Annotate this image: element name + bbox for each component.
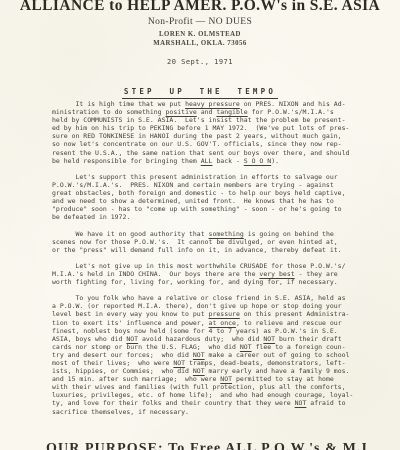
underlined-text: NOT (295, 399, 307, 407)
text-segment: , to relieve and rescue our (236, 319, 342, 327)
underlined-text: something (209, 230, 244, 238)
text-segment: cards nor stomp or burn the U.S. FLAG; w… (52, 343, 240, 351)
paragraph: It is high time that we put heavy pressu… (52, 100, 358, 165)
text-segment: - they are (295, 270, 338, 278)
text-line: level best in every way you know to put … (52, 310, 358, 318)
text-line: most of their lives; who were NOT tramps… (52, 359, 358, 367)
text-segment: great obstacles, both foreign and domest… (52, 189, 346, 197)
text-line: so now let's concentrate on our U.S. GOV… (52, 140, 358, 148)
text-segment: sure on RED TONKINESE in HANOI during th… (52, 132, 342, 140)
text-segment: avoid hazardous duty; who did (138, 335, 263, 343)
contact-name: LOREN K. OLMSTEAD (0, 31, 400, 40)
paragraph: Let's support this present administratio… (52, 173, 358, 222)
text-segment: on PRES. NIXON and his Ad- (240, 100, 346, 108)
text-segment: with their wives and families (with full… (52, 383, 346, 391)
text-segment: and 15 min. after such marriage; who wer… (52, 375, 220, 383)
text-line: resent the U.S.A., the same nation that … (52, 149, 358, 157)
text-segment: ed by him on his trip to PEKING before 1… (52, 124, 349, 132)
underlined-text: NOT (193, 367, 205, 375)
text-segment: back - (212, 157, 243, 165)
text-line: To you folk who have a relative or close… (52, 294, 358, 302)
underlined-text: NOT (173, 359, 185, 367)
text-line: great obstacles, both foreign and domest… (52, 189, 358, 197)
clipped-footer-line: OUR PURPOSE: To Free ALL P.O.W.'s & M.I.… (46, 441, 366, 450)
text-segment: finest, noblest boys now held (some for … (52, 327, 338, 335)
letter-body: It is high time that we put heavy pressu… (52, 100, 358, 424)
text-segment: make a career out of going to school (205, 351, 350, 359)
text-line: and we need to show a determined, united… (52, 197, 358, 205)
text-segment: or the "press" will demand full info on … (52, 246, 342, 254)
contact-address: MARSHALL, OKLA. 73056 (0, 40, 400, 49)
text-line: ed by him on his trip to PEKING before 1… (52, 124, 358, 132)
text-segment: To you folk who have a relative or close… (52, 294, 346, 302)
text-line: Let's support this present administratio… (52, 173, 358, 181)
contact-block: LOREN K. OLMSTEAD MARSHALL, OKLA. 73056 (0, 31, 400, 48)
text-segment: Let's not give up in this most worthwhil… (52, 262, 346, 270)
scanned-letter-page: ALLIANCE to HELP AMER. P.O.W's in S.E. A… (0, 0, 400, 450)
text-segment: We have it on good authority that (52, 230, 209, 238)
date-line: 20 Sept., 1971 (0, 58, 400, 66)
underlined-text: ALL (201, 157, 213, 165)
text-line: worth fighting for, living for, working … (52, 278, 358, 286)
paragraph: We have it on good authority that someth… (52, 230, 358, 254)
text-line: ministration to do something positive an… (52, 108, 358, 116)
underlined-text: heavy pressure (185, 100, 240, 108)
text-segment: try and desert our forces; who did (52, 351, 193, 359)
text-segment: and (197, 108, 217, 116)
text-segment: most of their lives; who were (52, 359, 173, 367)
text-line: luxuries, privileges, etc. of home life)… (52, 391, 358, 399)
text-line: P.O.W.'s/M.I.A.'s. PRES. NIXON and certa… (52, 181, 358, 189)
text-segment: level best in every way you know to put (52, 310, 209, 318)
letterhead: ALLIANCE to HELP AMER. P.O.W's in S.E. A… (0, 0, 400, 48)
text-line: ASIA, boys who did NOT avoid hazardous d… (52, 335, 358, 343)
underlined-text: NOT (240, 343, 252, 351)
text-segment: worth fighting for, living for, working … (52, 278, 338, 286)
text-line: ty, and love for their folks and their c… (52, 399, 358, 407)
text-segment: ty, and love for their folks and their c… (52, 399, 295, 407)
text-segment: is going on behind the (244, 230, 334, 238)
text-line: sacrifice themselves, if necessary. (52, 408, 358, 416)
text-segment: be defeated in 1972. (52, 213, 130, 221)
text-segment: burn their draft (275, 335, 342, 343)
organization-title: ALLIANCE to HELP AMER. P.O.W's in S.E. A… (0, 0, 400, 15)
underlined-text: tangible (216, 108, 247, 116)
text-segment: a P.O.W. (or reported M.I.A. there), don… (52, 302, 342, 310)
text-line: be held responsible for bringing them AL… (52, 157, 358, 165)
text-segment: held by COMMUNISTS in S.E. ASIA. Let's i… (52, 116, 346, 124)
text-segment: afraid to (306, 399, 345, 407)
underlined-text: NOT (220, 375, 232, 383)
text-line: M.I.A.'s held in INDO CHINA. Our boys th… (52, 270, 358, 278)
underlined-text: at once (209, 319, 236, 327)
text-line: scenes now for those P.O.W.'s. It cannot… (52, 238, 358, 246)
text-segment: "produce" soon - has to "come up with so… (52, 205, 342, 213)
text-segment: ASIA, boys who did (52, 335, 126, 343)
text-segment: luxuries, privileges, etc. of home life)… (52, 391, 353, 399)
text-segment: permitted to stay at home (232, 375, 334, 383)
text-line: a P.O.W. (or reported M.I.A. there), don… (52, 302, 358, 310)
text-line: or the "press" will demand full info on … (52, 246, 358, 254)
text-segment: tion to exert its' influence and power, (52, 319, 209, 327)
text-segment: scenes now for those P.O.W.'s. It cannot… (52, 238, 338, 246)
text-segment: Let's support this present administratio… (52, 173, 338, 181)
text-segment: tramps, dead-beats, demonstrators, left- (185, 359, 345, 367)
underlined-text: S O O N (244, 157, 271, 165)
text-line: cards nor stomp or burn the U.S. FLAG; w… (52, 343, 358, 351)
text-line: ists, hippies, or Commies; who did NOT m… (52, 367, 358, 375)
text-segment: P.O.W.'s/M.I.A.'s. PRES. NIXON and certa… (52, 181, 334, 189)
paragraph: To you folk who have a relative or close… (52, 294, 358, 415)
underlined-text: NOT (193, 351, 205, 359)
text-line: sure on RED TONKINESE in HANOI during th… (52, 132, 358, 140)
paragraph: Let's not give up in this most worthwhil… (52, 262, 358, 286)
text-line: with their wives and families (with full… (52, 383, 358, 391)
text-segment: resent the U.S.A., the same nation that … (52, 149, 349, 157)
text-line: try and desert our forces; who did NOT m… (52, 351, 358, 359)
text-line: and 15 min. after such marriage; who wer… (52, 375, 358, 383)
text-segment: so now let's concentrate on our U.S. GOV… (52, 140, 342, 148)
nonprofit-subtitle: Non-Profit — NO DUES (0, 17, 400, 27)
text-segment: for P.O.W.'s/M.I.A.'s (248, 108, 334, 116)
text-segment: flee to a foreign coun- (252, 343, 346, 351)
text-segment: and we need to show a determined, united… (52, 197, 334, 205)
letter-heading-text: STEP UP THE TEMPO (122, 87, 278, 99)
text-segment: sacrifice themselves, if necessary. (52, 408, 189, 416)
text-segment: marry early and have a family 9 mos. (205, 367, 350, 375)
text-segment: M.I.A.'s held in INDO CHINA. Our boys th… (52, 270, 259, 278)
underlined-text: positive (166, 108, 197, 116)
text-segment: ). (271, 157, 279, 165)
text-segment: be held responsible for bringing them (52, 157, 201, 165)
underlined-text: NOT (126, 335, 138, 343)
text-segment: ists, hippies, or Commies; who did (52, 367, 193, 375)
text-line: It is high time that we put heavy pressu… (52, 100, 358, 108)
text-line: finest, noblest boys now held (some for … (52, 327, 358, 335)
underlined-text: pressure (209, 310, 240, 318)
text-line: "produce" soon - has to "come up with so… (52, 205, 358, 213)
text-segment: ministration to do something (52, 108, 166, 116)
underlined-text: very best (259, 270, 294, 278)
text-line: tion to exert its' influence and power, … (52, 319, 358, 327)
text-segment: It is high time that we put (52, 100, 185, 108)
letter-heading: STEP UP THE TEMPO (0, 79, 400, 99)
text-line: be defeated in 1972. (52, 213, 358, 221)
text-line: held by COMMUNISTS in S.E. ASIA. Let's i… (52, 116, 358, 124)
text-segment: on this present Administra- (240, 310, 350, 318)
underlined-text: NOT (263, 335, 275, 343)
text-line: Let's not give up in this most worthwhil… (52, 262, 358, 270)
text-line: We have it on good authority that someth… (52, 230, 358, 238)
